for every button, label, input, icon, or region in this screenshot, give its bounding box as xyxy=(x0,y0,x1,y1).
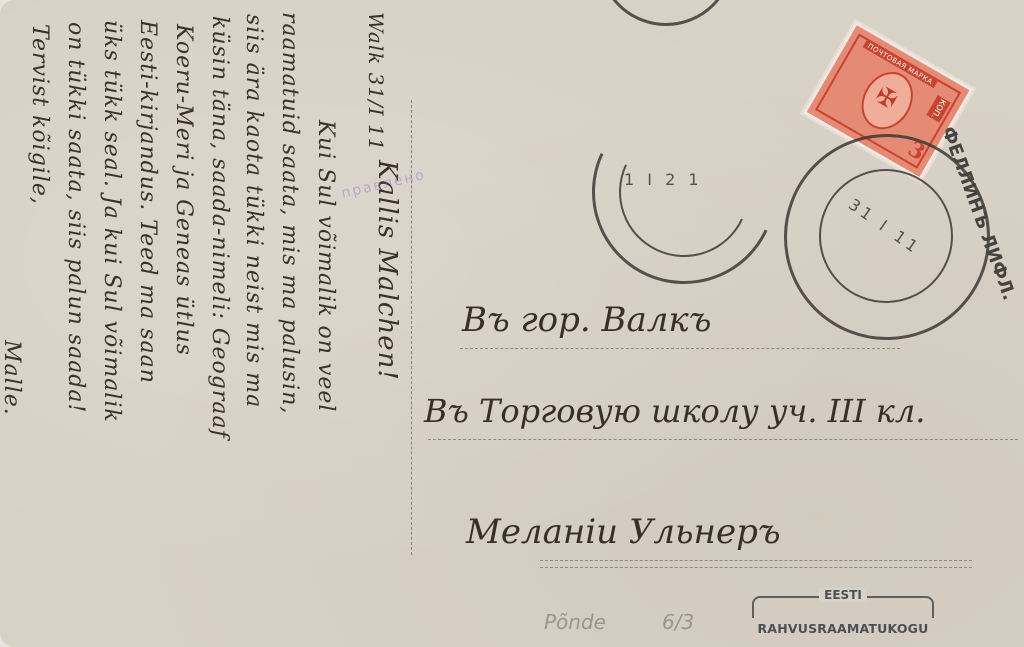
address-rule-1 xyxy=(460,348,900,349)
pencil-note: Põnde xyxy=(544,610,606,634)
message-line-3: siis ära kaota tükki neist mis ma xyxy=(241,14,266,408)
postmark-valk-date: 1 I 2 1 xyxy=(624,170,703,189)
address-line-2: Въ Торговую школу уч. III кл. xyxy=(424,392,925,430)
message-line-8: on tükki saata, siis palun saada! xyxy=(63,22,88,413)
library-stamp: EESTI RAHVUSRAAMATUKOGU xyxy=(748,590,938,640)
message-line-9: Tervist kõigile, xyxy=(27,24,52,205)
center-divider xyxy=(411,100,412,555)
address-rule-3b xyxy=(540,567,972,568)
pencil-reference: 6/3 xyxy=(662,610,694,634)
postmark-valk xyxy=(566,74,802,310)
library-stamp-bottom: RAHVUSRAAMATUKOGU xyxy=(748,621,938,636)
partial-postmark xyxy=(598,0,734,26)
message-line-1: Kui Sul võimalik on veel xyxy=(313,120,338,412)
address-rule-2 xyxy=(428,439,1018,440)
library-stamp-top: EESTI xyxy=(819,588,867,602)
postmark-fellin-town: ФЕЛЛИНЪ ЛИФЛ. xyxy=(937,124,1019,303)
message-line-2: raamatuid saata, mis ma palusin, xyxy=(277,12,302,414)
address-rule-3a xyxy=(540,560,972,561)
postcard: Walk 31/I 11 Kallis Malchen! Kui Sul või… xyxy=(0,0,1024,647)
address-line-1: Въ гор. Валкъ xyxy=(462,300,711,340)
message-line-5: Koeru-Meri ja Geneas ütlus xyxy=(171,24,196,356)
message-date-line: Walk 31/I 11 xyxy=(364,12,388,152)
address-line-3: Меланіи Ульнеръ xyxy=(466,512,781,552)
postmark-fellin: 31 I 11 ФЕЛЛИНЪ ЛИФЛ. xyxy=(784,134,990,340)
message-line-6: Eesti-kirjandus. Teed ma saan xyxy=(135,20,160,384)
postmark-inner-ring xyxy=(601,109,768,276)
message-line-7: üks tükk seal. Ja kui Sul võimalik xyxy=(99,20,124,423)
message-line-4: küsin täna, saada-nimeli: Geograaf xyxy=(207,16,232,439)
message-signature: Malle. xyxy=(0,340,24,416)
